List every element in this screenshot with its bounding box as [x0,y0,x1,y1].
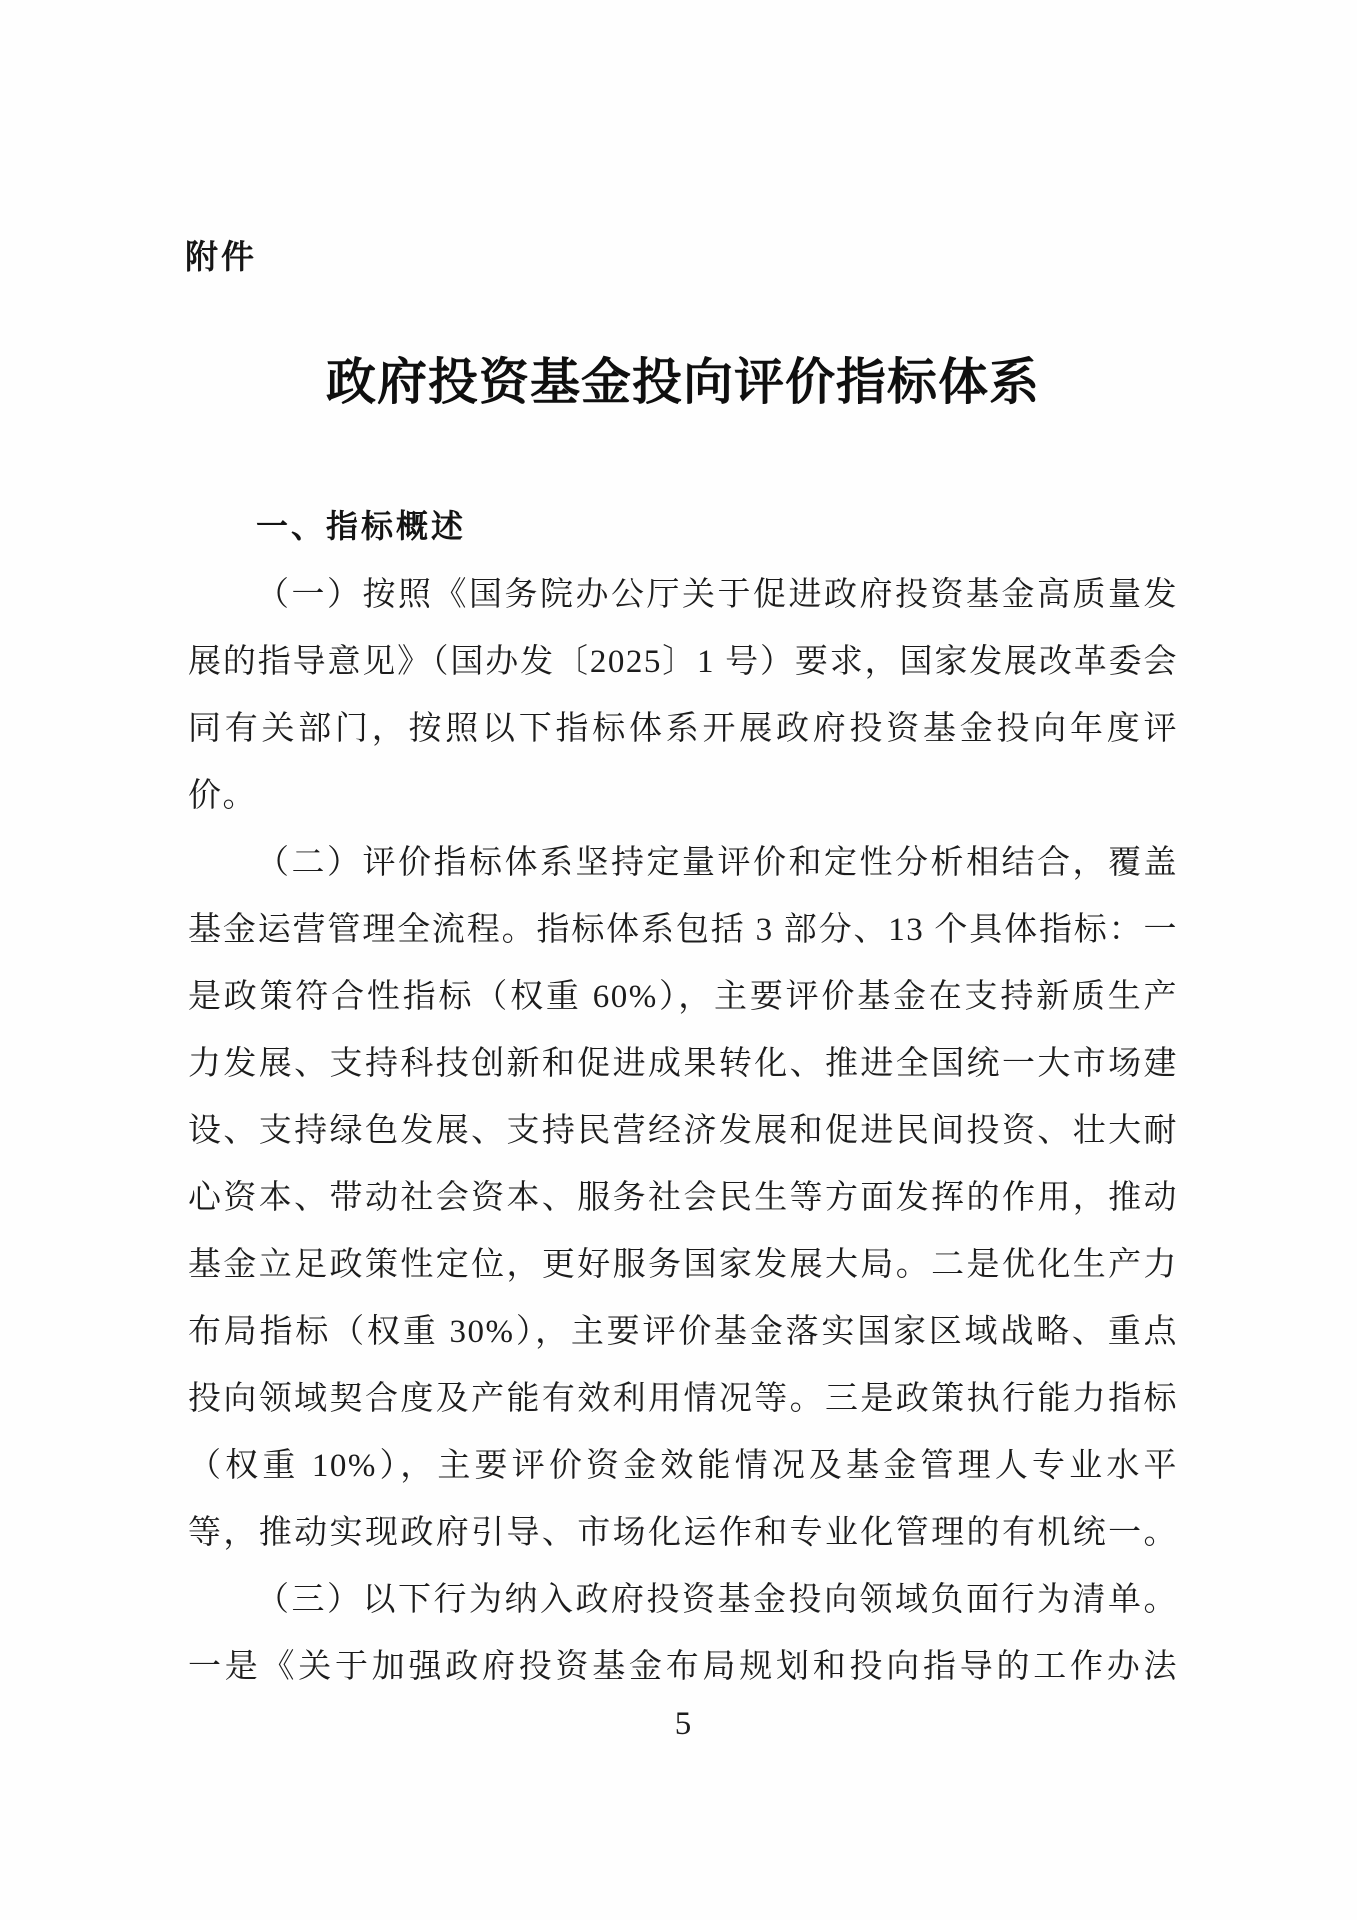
page-number: 5 [188,1700,1178,1748]
body-line: 心资本、带动社会资本、服务社会民生等方面发挥的作用，推动 [188,1165,1178,1232]
body-line: （二）评价指标体系坚持定量评价和定性分析相结合，覆盖 [188,830,1178,897]
body-line: 投向领域契合度及产能有效利用情况等。三是政策执行能力指标 [188,1366,1178,1433]
document-title: 政府投资基金投向评价指标体系 [188,350,1178,414]
section-heading: 一、指标概述 [256,504,466,548]
attachment-label: 附件 [185,236,257,278]
body-line: （权重 10%），主要评价资金效能情况及基金管理人专业水平 [188,1433,1178,1500]
document-page: 附件 政府投资基金投向评价指标体系 一、指标概述 （一）按照《国务院办公厅关于促… [0,0,1357,1920]
body-line: 基金立足政策性定位，更好服务国家发展大局。二是优化生产力 [188,1232,1178,1299]
body-line: 力发展、支持科技创新和促进成果转化、推进全国统一大市场建 [188,1031,1178,1098]
document-body: （一）按照《国务院办公厅关于促进政府投资基金高质量发展的指导意见》（国办发〔20… [188,562,1178,1701]
body-line: 同有关部门，按照以下指标体系开展政府投资基金投向年度评 [188,696,1178,763]
body-line: 展的指导意见》（国办发〔2025〕1 号）要求，国家发展改革委会 [188,629,1178,696]
body-line: 等，推动实现政府引导、市场化运作和专业化管理的有机统一。 [188,1500,1178,1567]
body-line: 设、支持绿色发展、支持民营经济发展和促进民间投资、壮大耐 [188,1098,1178,1165]
body-line: 价。 [188,763,1178,830]
body-line: （一）按照《国务院办公厅关于促进政府投资基金高质量发 [188,562,1178,629]
body-line: 一是《关于加强政府投资基金布局规划和投向指导的工作办法 [188,1634,1178,1701]
body-line: 基金运营管理全流程。指标体系包括 3 部分、13 个具体指标：一 [188,897,1178,964]
body-line: （三）以下行为纳入政府投资基金投向领域负面行为清单。 [188,1567,1178,1634]
body-line: 是政策符合性指标（权重 60%），主要评价基金在支持新质生产 [188,964,1178,1031]
body-line: 布局指标（权重 30%），主要评价基金落实国家区域战略、重点 [188,1299,1178,1366]
